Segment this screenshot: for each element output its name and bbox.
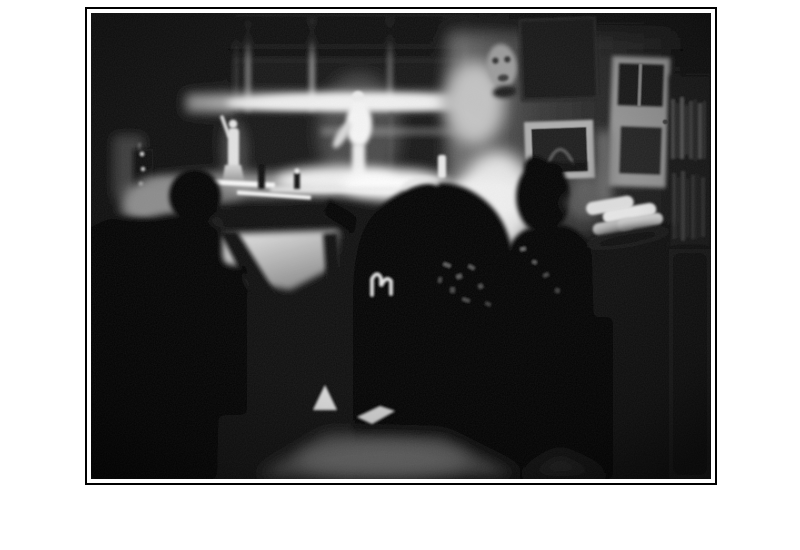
- vignette: [91, 13, 711, 479]
- page: { "scene": { "medium": "black-and-white …: [0, 0, 800, 550]
- photograph: [91, 13, 711, 479]
- framed-photograph: [85, 7, 717, 485]
